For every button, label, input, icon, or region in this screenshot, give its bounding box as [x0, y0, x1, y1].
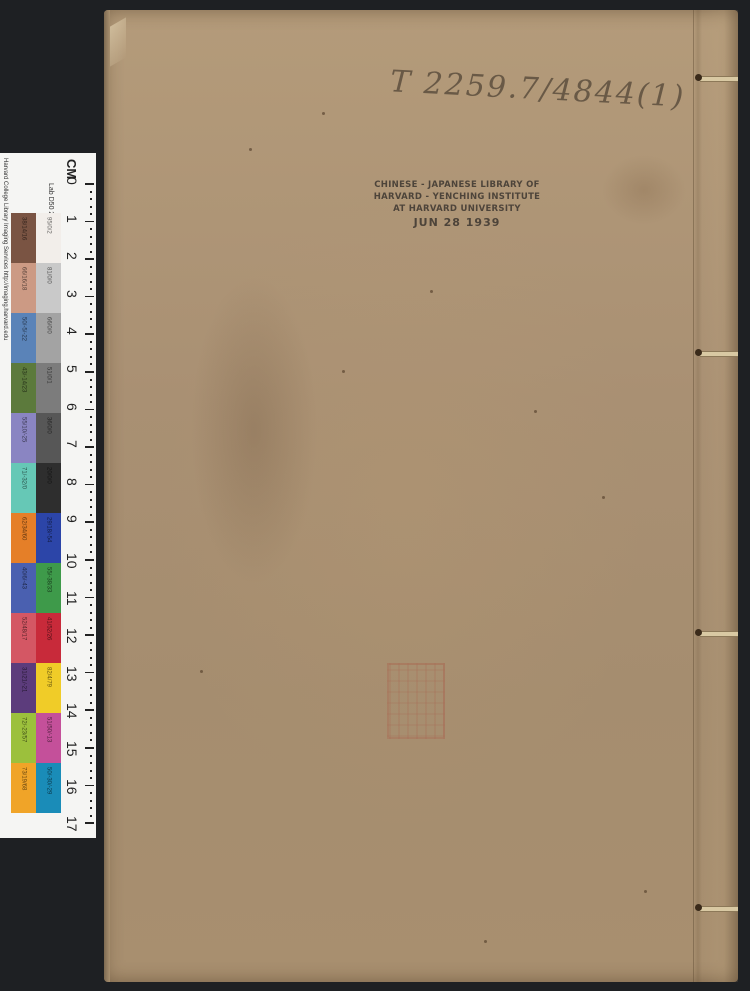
ruler-major-tick [85, 258, 94, 260]
patch-row: 38/14/1695/0/2 [11, 213, 61, 263]
color-patches: 38/14/1695/0/266/16/1881/0/050/-5/-2266/… [11, 213, 61, 813]
thread-hole [695, 629, 702, 636]
color-patch: 31/21/-21 [11, 663, 36, 713]
ruler-major-tick [85, 559, 94, 561]
color-patch: 29/18/-54 [36, 513, 61, 563]
ruler-minor-tick [90, 326, 92, 328]
patch-row: 50/-5/-2266/0/0 [11, 313, 61, 363]
ruler-minor-tick [90, 612, 92, 614]
ruler-minor-tick [90, 724, 92, 726]
speck [430, 290, 433, 293]
ruler-number: 17 [64, 816, 80, 832]
ruler-minor-tick [90, 506, 92, 508]
ruler-minor-tick [90, 191, 92, 193]
color-patch: 62/34/60 [11, 513, 36, 563]
color-patch: 66/0/0 [36, 313, 61, 363]
patch-label: 66/0/0 [46, 317, 52, 334]
patch-row: 73/19/6850/-30/-29 [11, 763, 61, 813]
speck [484, 940, 487, 943]
ruler-minor-tick [90, 792, 92, 794]
ruler-minor-tick [90, 536, 92, 538]
color-patch: 55/-38/33 [36, 563, 61, 613]
ruler-minor-tick [90, 739, 92, 741]
ruler-number: 3 [64, 290, 80, 298]
patch-label: 55/10/-25 [21, 417, 27, 442]
thread-hole [695, 904, 702, 911]
color-patch: 20/0/0 [36, 463, 61, 513]
color-patch: 66/16/18 [11, 263, 36, 313]
ruler-minor-tick [90, 273, 92, 275]
ruler-minor-tick [90, 288, 92, 290]
color-patch: 73/19/68 [11, 763, 36, 813]
color-patch: 51/50/-13 [36, 713, 61, 763]
ruler-minor-tick [90, 281, 92, 283]
ruler-minor-tick [90, 251, 92, 253]
color-patch: 41/52/26 [36, 613, 61, 663]
ruler-minor-tick [90, 514, 92, 516]
ruler-minor-tick [90, 266, 92, 268]
color-patch: 51/0/1 [36, 363, 61, 413]
color-patch: 82/4/79 [36, 663, 61, 713]
patch-row: 66/16/1881/0/0 [11, 263, 61, 313]
binding-thread [700, 76, 738, 82]
ruler-minor-tick [90, 454, 92, 456]
ruler-minor-tick [90, 732, 92, 734]
ruler-minor-tick [90, 687, 92, 689]
patch-label: 40/6/-43 [21, 567, 27, 589]
ruler-major-tick [85, 221, 94, 223]
ruler-major-tick [85, 446, 94, 448]
ruler-minor-tick [90, 431, 92, 433]
ruler-minor-tick [90, 642, 92, 644]
ruler-minor-tick [90, 386, 92, 388]
patch-label: 20/0/0 [46, 467, 52, 484]
ruler-number: 2 [64, 252, 80, 260]
ruler-minor-tick [90, 228, 92, 230]
handwritten-call-number: T 2259.7/4844(1) [389, 64, 686, 114]
ruler-major-tick [85, 409, 94, 411]
ruler-major-tick [85, 333, 94, 335]
ruler-minor-tick [90, 206, 92, 208]
ruler-major-tick [85, 183, 94, 185]
ruler-minor-tick [90, 702, 92, 704]
color-patch: 43/-14/23 [11, 363, 36, 413]
patch-label: 95/0/2 [46, 217, 52, 234]
patch-label: 36/0/0 [46, 417, 52, 434]
ruler-major-tick [85, 521, 94, 523]
ruler-number: 5 [64, 365, 80, 373]
stamp-line-1: CHINESE - JAPANESE LIBRARY OF [362, 179, 552, 191]
patch-label: 50/-30/-29 [46, 767, 52, 794]
color-patch: 50/-5/-22 [11, 313, 36, 363]
ruler-number: 1 [64, 215, 80, 223]
speck [602, 496, 605, 499]
speck [534, 410, 537, 413]
stamp-line-2: HARVARD - YENCHING INSTITUTE [362, 191, 552, 203]
patch-row: 43/-14/2351/0/1 [11, 363, 61, 413]
credit-text: Harvard College Library Imaging Services… [2, 158, 8, 340]
patch-row: 55/10/-2536/0/0 [11, 413, 61, 463]
cm-ruler: 01234567891011121314151617 [62, 183, 96, 833]
ruler-minor-tick [90, 469, 92, 471]
color-patch: 55/10/-25 [11, 413, 36, 463]
ruler-minor-tick [90, 619, 92, 621]
ruler-minor-tick [90, 657, 92, 659]
red-seal [387, 663, 445, 739]
ruler-minor-tick [90, 717, 92, 719]
ruler-minor-tick [90, 311, 92, 313]
color-patch: 81/0/0 [36, 263, 61, 313]
patch-row: 31/21/-2182/4/79 [11, 663, 61, 713]
patch-label: 50/-5/-22 [21, 317, 27, 341]
ruler-minor-tick [90, 649, 92, 651]
ruler-number: 6 [64, 403, 80, 411]
ruler-minor-tick [90, 303, 92, 305]
stamp-date: JUN 28 1939 [362, 217, 552, 229]
ruler-major-tick [85, 371, 94, 373]
patch-label: 62/34/60 [21, 517, 27, 540]
ruler-minor-tick [90, 529, 92, 531]
speck [644, 890, 647, 893]
ruler-number: 8 [64, 478, 80, 486]
ruler-minor-tick [90, 762, 92, 764]
ruler-minor-tick [90, 439, 92, 441]
patch-label: 55/-38/33 [46, 567, 52, 592]
ruler-minor-tick [90, 198, 92, 200]
ruler-minor-tick [90, 589, 92, 591]
ruler-minor-tick [90, 800, 92, 802]
ruler-major-tick [85, 709, 94, 711]
patch-label: 82/4/79 [46, 667, 52, 687]
ruler-minor-tick [90, 379, 92, 381]
speck [200, 670, 203, 673]
ruler-minor-tick [90, 544, 92, 546]
ruler-number: 13 [64, 666, 80, 682]
ruler-minor-tick [90, 755, 92, 757]
ruler-minor-tick [90, 213, 92, 215]
library-stamp: CHINESE - JAPANESE LIBRARY OF HARVARD - … [362, 179, 552, 229]
ruler-minor-tick [90, 679, 92, 681]
patch-row: 40/6/-4355/-38/33 [11, 563, 61, 613]
color-patch: 50/-30/-29 [36, 763, 61, 813]
ruler-minor-tick [90, 551, 92, 553]
ruler-minor-tick [90, 770, 92, 772]
ruler-minor-tick [90, 567, 92, 569]
ruler-major-tick [85, 747, 94, 749]
patch-label: 71/-32/0 [21, 467, 27, 489]
ruler-number: 14 [64, 703, 80, 719]
patch-label: 43/-14/23 [21, 367, 27, 392]
patch-row: 52/48/1741/52/26 [11, 613, 61, 663]
thread-hole [695, 349, 702, 356]
patch-label: 51/50/-13 [46, 717, 52, 742]
speck [322, 112, 325, 115]
ruler-minor-tick [90, 491, 92, 493]
cover-edge [104, 10, 110, 982]
ruler-minor-tick [90, 236, 92, 238]
ruler-minor-tick [90, 574, 92, 576]
color-patch: 95/0/2 [36, 213, 61, 263]
ruler-major-tick [85, 634, 94, 636]
ruler-minor-tick [90, 318, 92, 320]
ruler-minor-tick [90, 777, 92, 779]
ruler-minor-tick [90, 401, 92, 403]
binding-strip [694, 10, 738, 982]
ruler-major-tick [85, 822, 94, 824]
patch-label: 81/0/0 [46, 267, 52, 284]
ruler-number: 0 [64, 177, 80, 185]
ruler-number: 15 [64, 741, 80, 757]
ruler-minor-tick [90, 476, 92, 478]
binding-thread [700, 351, 738, 357]
ruler-minor-tick [90, 461, 92, 463]
ruler-minor-tick [90, 582, 92, 584]
color-scale-target: Harvard College Library Imaging Services… [0, 153, 96, 838]
ruler-number: 16 [64, 779, 80, 795]
patch-row: 62/34/6029/18/-54 [11, 513, 61, 563]
ruler-minor-tick [90, 424, 92, 426]
patch-row: 71/-32/020/0/0 [11, 463, 61, 513]
ruler-number: 7 [64, 440, 80, 448]
color-patch: 71/-32/0 [11, 463, 36, 513]
ruler-minor-tick [90, 664, 92, 666]
ruler-minor-tick [90, 356, 92, 358]
ruler-number: 11 [64, 591, 80, 606]
ruler-major-tick [85, 597, 94, 599]
patch-label: 73/19/68 [21, 767, 27, 790]
ruler-number: 12 [64, 628, 80, 644]
speck [249, 148, 252, 151]
binding-thread [700, 631, 738, 637]
patch-label: 52/48/17 [21, 617, 27, 640]
ruler-minor-tick [90, 604, 92, 606]
ruler-number: 4 [64, 327, 80, 335]
patch-row: 72/-23/5751/50/-13 [11, 713, 61, 763]
ruler-minor-tick [90, 807, 92, 809]
thread-hole [695, 74, 702, 81]
ruler-number: 10 [64, 553, 80, 569]
ruler-minor-tick [90, 627, 92, 629]
ruler-minor-tick [90, 243, 92, 245]
ruler-minor-tick [90, 341, 92, 343]
ruler-minor-tick [90, 363, 92, 365]
patch-label: 66/16/18 [21, 267, 27, 290]
ruler-major-tick [85, 296, 94, 298]
stamp-line-3: AT HARVARD UNIVERSITY [362, 203, 552, 215]
ruler-major-tick [85, 484, 94, 486]
ruler-major-tick [85, 785, 94, 787]
color-patch: 38/14/16 [11, 213, 36, 263]
color-patch: 52/48/17 [11, 613, 36, 663]
patch-label: 31/21/-21 [21, 667, 27, 692]
speck [342, 370, 345, 373]
patch-label: 38/14/16 [21, 217, 27, 240]
ruler-minor-tick [90, 694, 92, 696]
binding-thread [700, 906, 738, 912]
color-patch: 72/-23/57 [11, 713, 36, 763]
patch-label: 41/52/26 [46, 617, 52, 640]
patch-label: 29/18/-54 [46, 517, 52, 542]
ruler-number: 9 [64, 515, 80, 523]
ruler-minor-tick [90, 499, 92, 501]
color-patch: 40/6/-43 [11, 563, 36, 613]
ruler-minor-tick [90, 394, 92, 396]
patch-label: 72/-23/57 [21, 717, 27, 742]
color-patch: 36/0/0 [36, 413, 61, 463]
ruler-minor-tick [90, 348, 92, 350]
ruler-minor-tick [90, 416, 92, 418]
ruler-major-tick [85, 672, 94, 674]
ruler-minor-tick [90, 815, 92, 817]
corner-wear [110, 17, 126, 66]
book-cover: T 2259.7/4844(1) CHINESE - JAPANESE LIBR… [104, 10, 738, 982]
patch-label: 51/0/1 [46, 367, 52, 384]
